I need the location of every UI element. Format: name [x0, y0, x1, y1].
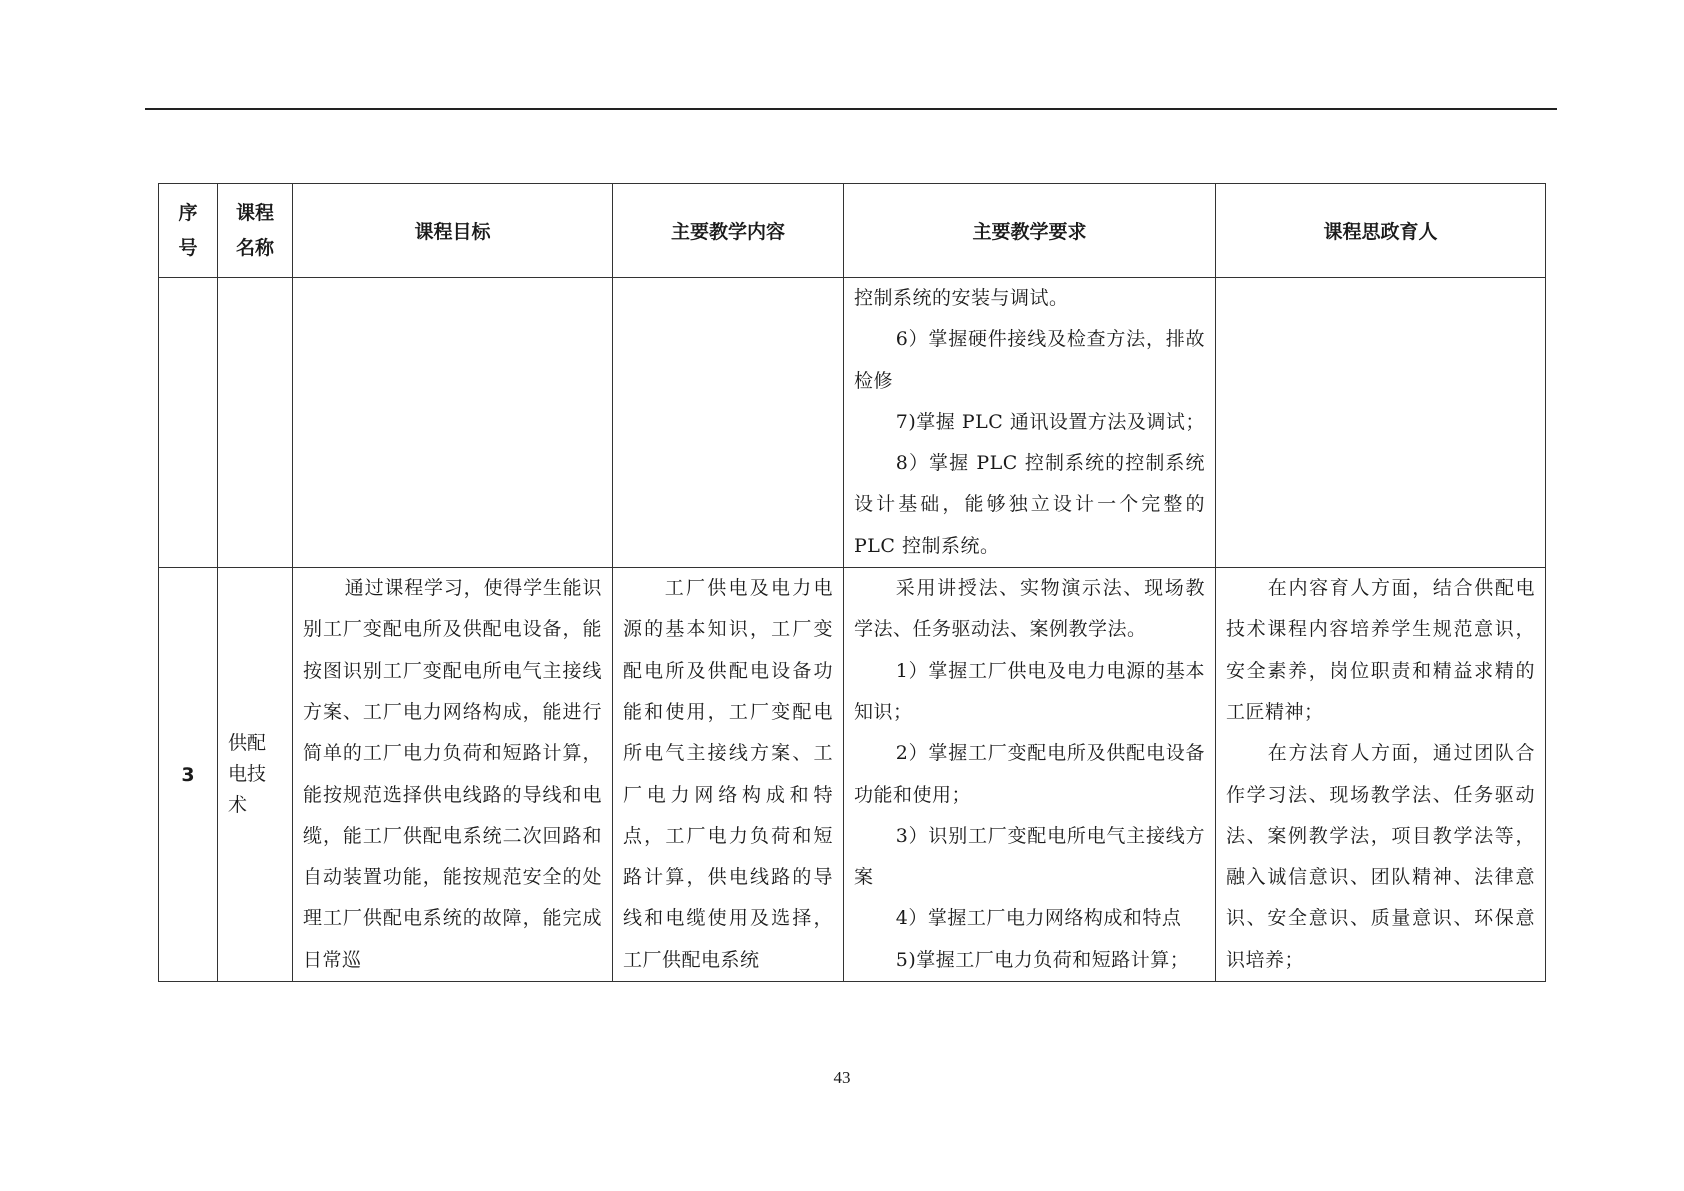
- requirement-line: 1）掌握工厂供电及电力电源的基本知识；: [854, 651, 1205, 734]
- header-course-name: 课程 名称: [218, 184, 293, 278]
- course-goal-cell: [293, 278, 613, 568]
- requirement-line: 6）掌握硬件接线及检查方法，排故检修: [854, 319, 1205, 402]
- course-goal-cell: 通过课程学习，使得学生能识别工厂变配电所及供配电设备，能按图识别工厂变配电所电气…: [293, 568, 613, 982]
- requirement-line: 3）识别工厂变配电所电气主接线方案: [854, 816, 1205, 899]
- table-row: 控制系统的安装与调试。 6）掌握硬件接线及检查方法，排故检修 7)掌握 PLC …: [159, 278, 1546, 568]
- teaching-content-cell: [613, 278, 844, 568]
- teaching-content-cell: 工厂供电及电力电源的基本知识，工厂变配电所及供配电设备功能和使用，工厂变配电所电…: [613, 568, 844, 982]
- requirement-line: 5)掌握工厂电力负荷和短路计算；: [854, 940, 1205, 981]
- requirement-line: 2）掌握工厂变配电所及供配电设备功能和使用；: [854, 733, 1205, 816]
- header-course-goal: 课程目标: [293, 184, 613, 278]
- course-name-line: 术: [228, 790, 292, 821]
- teaching-requirements-cell: 控制系统的安装与调试。 6）掌握硬件接线及检查方法，排故检修 7)掌握 PLC …: [844, 278, 1216, 568]
- page-header-rule: [145, 108, 1557, 110]
- page-number: 43: [0, 1068, 1684, 1088]
- header-ideological-education: 课程思政育人: [1216, 184, 1546, 278]
- requirement-line: 4）掌握工厂电力网络构成和特点: [854, 898, 1205, 939]
- course-name-line: 电技: [228, 759, 292, 790]
- course-table: 序 号 课程 名称 课程目标 主要教学内容 主要教学要求 课程思政育人: [158, 183, 1546, 982]
- ideological-education-cell: [1216, 278, 1546, 568]
- course-name-line: 供配: [228, 728, 292, 759]
- requirement-line: 8）掌握 PLC 控制系统的控制系统设计基础，能够独立设计一个完整的 PLC 控…: [854, 443, 1205, 567]
- ideology-paragraph: 在方法育人方面，通过团队合作学习法、现场教学法、任务驱动法、案例教学法，项目教学…: [1226, 733, 1535, 981]
- content-paragraph: 工厂供电及电力电源的基本知识，工厂变配电所及供配电设备功能和使用，工厂变配电所电…: [623, 568, 833, 981]
- header-teaching-requirements: 主要教学要求: [844, 184, 1216, 278]
- course-name-cell: [218, 278, 293, 568]
- teaching-requirements-cell: 采用讲授法、实物演示法、现场教学法、任务驱动法、案例教学法。 1）掌握工厂供电及…: [844, 568, 1216, 982]
- table-row: 3 供配 电技 术 通过课程学习，使得学生能识别工厂变配电所及供配电设备，能按图…: [159, 568, 1546, 982]
- header-seq-line1: 序: [178, 204, 197, 223]
- header-name-line1: 课程: [236, 204, 274, 223]
- header-seq: 序 号: [159, 184, 218, 278]
- seq-cell: 3: [159, 568, 218, 982]
- header-seq-line2: 号: [178, 239, 197, 258]
- course-name-cell: 供配 电技 术: [218, 568, 293, 982]
- header-teaching-content: 主要教学内容: [613, 184, 844, 278]
- ideological-education-cell: 在内容育人方面，结合供配电技术课程内容培养学生规范意识，安全素养，岗位职责和精益…: [1216, 568, 1546, 982]
- goal-paragraph: 通过课程学习，使得学生能识别工厂变配电所及供配电设备，能按图识别工厂变配电所电气…: [303, 568, 602, 981]
- header-name-line2: 名称: [236, 239, 274, 258]
- requirement-line: 控制系统的安装与调试。: [854, 278, 1205, 319]
- seq-cell: [159, 278, 218, 568]
- requirement-line: 7)掌握 PLC 通讯设置方法及调试；: [854, 402, 1205, 443]
- table-header-row: 序 号 课程 名称 课程目标 主要教学内容 主要教学要求 课程思政育人: [159, 184, 1546, 278]
- ideology-paragraph: 在内容育人方面，结合供配电技术课程内容培养学生规范意识，安全素养，岗位职责和精益…: [1226, 568, 1535, 733]
- requirement-line: 采用讲授法、实物演示法、现场教学法、任务驱动法、案例教学法。: [854, 568, 1205, 651]
